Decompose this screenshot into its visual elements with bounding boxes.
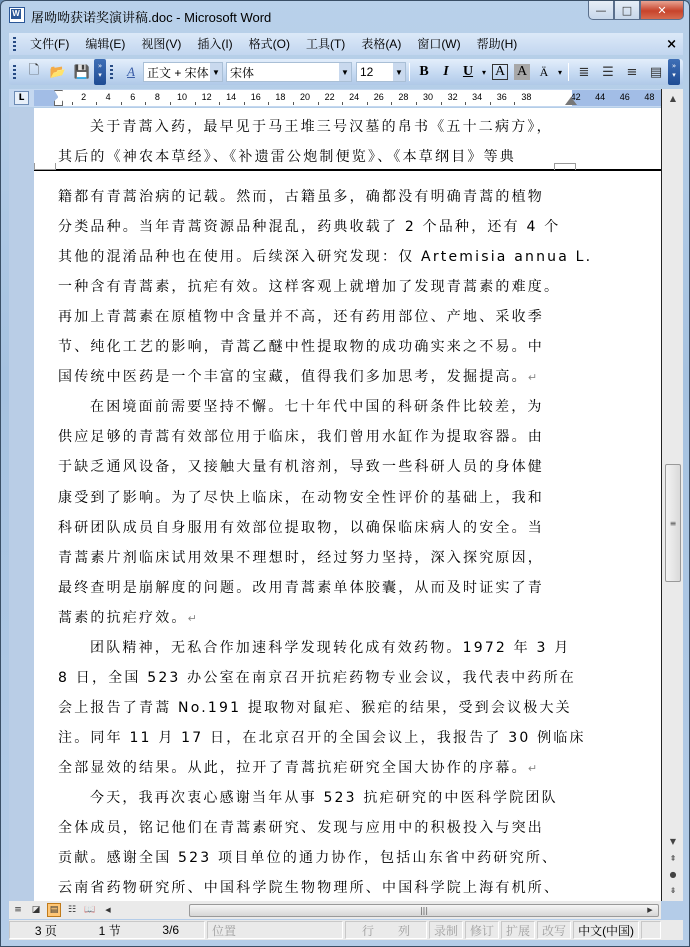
- ruler-number: 8: [155, 92, 160, 102]
- ruler-tick: [367, 102, 368, 105]
- menu-insert[interactable]: 插入(I): [189, 33, 240, 55]
- menu-window[interactable]: 窗口(W): [409, 33, 468, 55]
- ruler-number: 48: [644, 92, 654, 102]
- line-text: 8 日，全国 523 办公室在南京召开抗疟药物专业会议，我代表中药所在: [58, 670, 576, 686]
- chevron-down-icon[interactable]: ▼: [210, 63, 222, 81]
- document-line[interactable]: 8 日，全国 523 办公室在南京召开抗疟药物专业会议，我代表中药所在: [58, 667, 558, 687]
- scroll-up-arrow[interactable]: ▲: [665, 91, 681, 107]
- ruler-tick: [514, 102, 515, 105]
- document-line[interactable]: 团队精神，无私合作加速科学发现转化成有效药物。1972 年 3 月: [90, 637, 590, 657]
- line-text: 节、纯化工艺的影响，青蒿乙醚中性提取物的成功确实来之不易。中: [58, 339, 544, 355]
- right-indent-marker[interactable]: [565, 97, 577, 105]
- toolbar-options-chevron[interactable]: »▾: [94, 59, 106, 85]
- divider: [568, 63, 569, 81]
- document-line[interactable]: 蒿素的抗疟疗效。↵: [58, 607, 558, 627]
- style-dropdown[interactable]: 正文 + 宋体 ▼: [143, 62, 223, 82]
- line-text: 关于青蒿入药，最早见于马王堆三号汉墓的帛书《五十二病方》，: [90, 119, 553, 135]
- ruler-number: 32: [448, 92, 458, 102]
- close-button[interactable]: ✕: [640, 1, 684, 20]
- line-text: 康受到了影响。为了尽快上临床，在动物安全性评价的基础上，我和: [58, 490, 544, 506]
- document-line[interactable]: 一种含有青蒿素，抗疟有效。这样客观上就增加了发现青蒿素的难度。: [58, 276, 558, 296]
- ruler-number: 34: [472, 92, 482, 102]
- line-text: 今天，我再次衷心感谢当年从事 523 抗疟研究的中医科学院团队: [90, 790, 558, 806]
- font-size-dropdown[interactable]: 12 ▼: [356, 62, 406, 82]
- next-page-icon[interactable]: ⇟: [665, 883, 681, 899]
- document-line[interactable]: 其后的《神农本草经》、《补遗雷公炮制便览》、《本草纲目》等典: [58, 146, 558, 166]
- line-text: 贡献。感谢全国 523 项目单位的通力协作，包括山东省中药研究所、: [58, 850, 558, 866]
- ruler-tick: [170, 102, 171, 105]
- status-extend[interactable]: 扩展: [501, 921, 535, 939]
- toolbar-grip[interactable]: [110, 65, 113, 79]
- ruler-number: 10: [177, 92, 187, 102]
- document-line[interactable]: 于缺乏通风设备，又接触大量有机溶剂，导致一些科研人员的身体健: [58, 456, 558, 476]
- ruler-number: 18: [275, 92, 285, 102]
- line-text: 云南省药物研究所、中国科学院生物物理所、中国科学院上海有机所、: [58, 880, 560, 896]
- menu-file[interactable]: 文件(F): [22, 33, 77, 55]
- menu-view[interactable]: 视图(V): [133, 33, 189, 55]
- ruler-number: 28: [398, 92, 408, 102]
- menu-format[interactable]: 格式(O): [241, 33, 298, 55]
- ruler-tick: [145, 102, 146, 105]
- ruler-tick: [219, 102, 220, 105]
- minimize-button[interactable]: —: [588, 1, 614, 20]
- document-line[interactable]: 青蒿素片剂临床试用效果不理想时，经过努力坚持，深入探究原因，: [58, 547, 558, 567]
- ruler-number: 30: [423, 92, 433, 102]
- document-line[interactable]: 注。同年 11 月 17 日，在北京召开的全国会议上，我报告了 30 例临床: [58, 727, 558, 747]
- open-folder-icon[interactable]: 📂: [48, 62, 68, 82]
- font-dropdown[interactable]: 宋体 ▼: [226, 62, 352, 82]
- ruler-tick: [244, 102, 245, 105]
- justify-icon[interactable]: ≣: [574, 62, 594, 82]
- horizontal-scroll-thumb[interactable]: |||: [189, 904, 659, 917]
- reading-layout-view-icon[interactable]: 📖: [83, 903, 97, 917]
- line-text: 其后的《神农本草经》、《补遗雷公炮制便览》、《本草纲目》等典: [58, 149, 516, 165]
- vertical-scrollbar[interactable]: ▲ ≡ ▼ ⇞ ● ⇟: [661, 89, 683, 901]
- toolbar-options-chevron[interactable]: »▾: [668, 59, 680, 85]
- menu-bar: 文件(F) 编辑(E) 视图(V) 插入(I) 格式(O) 工具(T) 表格(A…: [9, 33, 683, 55]
- margin-corner-mark: [34, 163, 56, 170]
- toolbar-grip[interactable]: [13, 65, 16, 79]
- ruler-tick: [342, 102, 343, 105]
- vertical-scroll-thumb[interactable]: ≡: [665, 464, 681, 582]
- document-line[interactable]: 会上报告了青蒿 No.191 提取物对鼠疟、猴疟的结果，受到会议极大关: [58, 697, 558, 717]
- menu-help[interactable]: 帮助(H): [469, 33, 526, 55]
- scaling-options-chevron[interactable]: ▾: [556, 62, 564, 82]
- document-line[interactable]: 国传统中医药是一个丰富的宝藏，值得我们多加思考，发掘提高。↵: [58, 366, 558, 386]
- line-text: 分类品种。当年青蒿资源品种混乱，药典收载了 2 个品种，还有 4 个: [58, 219, 560, 235]
- line-text: 于缺乏通风设备，又接触大量有机溶剂，导致一些科研人员的身体健: [58, 459, 544, 475]
- document-line[interactable]: 关于青蒿入药，最早见于马王堆三号汉墓的帛书《五十二病方》，: [90, 116, 590, 136]
- horizontal-scrollbar[interactable]: |||: [109, 903, 659, 917]
- font-size-value: 12: [360, 65, 373, 79]
- ruler-tick: [96, 102, 97, 105]
- style-value: 正文 + 宋体: [147, 64, 209, 81]
- line-text: 蒿素的抗疟疗效。: [58, 610, 188, 626]
- status-bar: 3 页 1 节 3/6 位置 行 列 录制 修订 扩展 改写 中文(中国): [9, 920, 683, 940]
- tab-selector-icon[interactable]: L: [14, 91, 29, 105]
- ruler-number: 14: [226, 92, 236, 102]
- ruler-number: 4: [106, 92, 111, 102]
- styles-icon[interactable]: A: [121, 62, 141, 82]
- paragraph-mark-icon: ↵: [528, 762, 539, 775]
- line-text: 籍都有青蒿治病的记载。然而，古籍虽多，确都没有明确青蒿的植物: [58, 189, 544, 205]
- menu-tools[interactable]: 工具(T): [298, 33, 353, 55]
- line-text: 全部显效的结果。从此，拉开了青蒿抗疟研究全国大协作的序幕。: [58, 760, 528, 776]
- divider: [409, 63, 410, 81]
- document-line[interactable]: 康受到了影响。为了尽快上临床，在动物安全性评价的基础上，我和: [58, 487, 558, 507]
- maximize-button[interactable]: □: [614, 1, 640, 20]
- ruler-tick: [391, 102, 392, 105]
- document-line[interactable]: 云南省药物研究所、中国科学院生物物理所、中国科学院上海有机所、: [58, 877, 558, 897]
- ruler-tick: [268, 102, 269, 105]
- paragraph-mark-icon: ↵: [188, 612, 199, 625]
- ruler-number: 6: [130, 92, 135, 102]
- ruler-tick: [318, 102, 319, 105]
- line-text: 团队精神，无私合作加速科学发现转化成有效药物。1972 年 3 月: [90, 640, 571, 656]
- scroll-down-arrow[interactable]: ▼: [665, 834, 681, 850]
- chevron-down-icon[interactable]: ▼: [393, 63, 405, 81]
- status-page-of: 3/6: [162, 923, 179, 937]
- status-page: 3 页: [35, 922, 57, 939]
- line-text: 最终查明是崩解度的问题。改用青蒿素单体胶囊，从而及时证实了青: [58, 580, 544, 596]
- document-line[interactable]: 最终查明是崩解度的问题。改用青蒿素单体胶囊，从而及时证实了青: [58, 577, 558, 597]
- line-text: 再加上青蒿素在原植物中含量并不高，还有药用部位、产地、采收季: [58, 309, 544, 325]
- document-line[interactable]: 贡献。感谢全国 523 项目单位的通力协作，包括山东省中药研究所、: [58, 847, 558, 867]
- title-bar[interactable]: W 屠呦呦获诺奖演讲稿.doc - Microsoft Word — □ ✕: [1, 1, 689, 29]
- distributed-align-icon[interactable]: ▤: [646, 62, 666, 82]
- ruler-tick: [416, 102, 417, 105]
- underline-button[interactable]: U: [458, 62, 478, 82]
- web-layout-view-icon[interactable]: ◪: [29, 903, 43, 917]
- document-line[interactable]: 节、纯化工艺的影响，青蒿乙醚中性提取物的成功确实来之不易。中: [58, 336, 558, 356]
- ruler-number: 36: [497, 92, 507, 102]
- document-line[interactable]: 分类品种。当年青蒿资源品种混乱，药典收载了 2 个品种，还有 4 个: [58, 216, 558, 236]
- new-document-icon[interactable]: 🗋: [24, 62, 44, 82]
- ruler-number: 20: [300, 92, 310, 102]
- line-text: 青蒿素片剂临床试用效果不理想时，经过努力坚持，深入探究原因，: [58, 550, 544, 566]
- status-language[interactable]: 中文(中国): [573, 921, 639, 939]
- document-line[interactable]: 科研团队成员自身服用有效部位提取物，以确保临床病人的安全。当: [58, 517, 558, 537]
- align-center-icon[interactable]: ☰: [598, 62, 618, 82]
- status-overtype[interactable]: 改写: [537, 921, 571, 939]
- status-line-column: 行 列: [345, 921, 427, 939]
- ruler-tick: [490, 102, 491, 105]
- word-window: W 屠呦呦获诺奖演讲稿.doc - Microsoft Word — □ ✕ 文…: [0, 0, 690, 947]
- status-section: 1 节: [99, 922, 121, 939]
- ruler-number: 26: [374, 92, 384, 102]
- align-right-icon[interactable]: ≡: [622, 62, 642, 82]
- character-scaling-icon[interactable]: Ä: [534, 62, 554, 82]
- ruler-number: 16: [251, 92, 261, 102]
- left-page-gap: [9, 108, 34, 901]
- ruler-tick: [121, 102, 122, 105]
- document-line[interactable]: 籍都有青蒿治病的记载。然而，古籍虽多，确都没有明确青蒿的植物: [58, 186, 558, 206]
- ruler-tick: [72, 102, 73, 105]
- line-text: 在困境面前需要坚持不懈。七十年代中国的科研条件比较差，为: [90, 399, 544, 415]
- underline-options-chevron[interactable]: ▾: [480, 62, 488, 82]
- normal-view-icon[interactable]: ≡: [11, 903, 25, 917]
- window-title: 屠呦呦获诺奖演讲稿.doc - Microsoft Word: [31, 7, 271, 26]
- line-text: 供应足够的青蒿有效部位用于临床，我们曾用水缸作为提取容器。由: [58, 429, 544, 445]
- line-text: 国传统中医药是一个丰富的宝藏，值得我们多加思考，发掘提高。: [58, 369, 528, 385]
- document-line[interactable]: 全体成员，铭记他们在青蒿素研究、发现与应用中的积极投入与突出: [58, 817, 558, 837]
- status-spelling[interactable]: [641, 921, 661, 939]
- line-text: 其他的混淆品种也在使用。后续深入研究发现：仅 Artemisia annua L…: [58, 249, 592, 265]
- toolbar-grip[interactable]: [13, 37, 16, 51]
- menu-edit[interactable]: 编辑(E): [77, 33, 133, 55]
- ruler-number: 38: [521, 92, 531, 102]
- previous-page-icon[interactable]: ⇞: [665, 851, 681, 867]
- horizontal-scroll-area: ≡ ◪ ▤ ☷ 📖 ◀ ||| ▶: [9, 901, 661, 919]
- scroll-right-arrow[interactable]: ▶: [643, 903, 657, 917]
- ruler-tick: [441, 102, 442, 105]
- word-icon: W: [9, 7, 25, 23]
- line-text: 一种含有青蒿素，抗疟有效。这样客观上就增加了发现青蒿素的难度。: [58, 279, 560, 295]
- ruler-number: 12: [202, 92, 212, 102]
- status-revision[interactable]: 修订: [465, 921, 499, 939]
- document-line[interactable]: 再加上青蒿素在原植物中含量并不高，还有药用部位、产地、采收季: [58, 306, 558, 326]
- chevron-down-icon[interactable]: ▼: [339, 63, 351, 81]
- bold-button[interactable]: B: [414, 62, 434, 82]
- save-icon[interactable]: 💾: [72, 62, 92, 82]
- paragraph-mark-icon: ↵: [528, 371, 539, 384]
- print-layout-view-icon[interactable]: ▤: [47, 903, 61, 917]
- ruler-number: 24: [349, 92, 359, 102]
- status-position: 位置: [207, 921, 343, 939]
- ruler-track: 2468101214161820222426283032343638424446…: [34, 90, 669, 106]
- document-line[interactable]: 今天，我再次衷心感谢当年从事 523 抗疟研究的中医科学院团队: [90, 787, 590, 807]
- close-document-button[interactable]: ×: [666, 37, 677, 52]
- status-record[interactable]: 录制: [429, 921, 463, 939]
- browse-object-icon[interactable]: ●: [665, 867, 681, 883]
- ruler-tick: [465, 102, 466, 105]
- document-area[interactable]: 关于青蒿入药，最早见于马王堆三号汉墓的帛书《五十二病方》，其后的《神农本草经》、…: [9, 108, 661, 901]
- document-line[interactable]: 全部显效的结果。从此，拉开了青蒿抗疟研究全国大协作的序幕。↵: [58, 757, 558, 777]
- document-line[interactable]: 在困境面前需要坚持不懈。七十年代中国的科研条件比较差，为: [90, 396, 590, 416]
- status-line: 行: [362, 922, 374, 939]
- character-border-button[interactable]: A: [492, 64, 508, 80]
- ruler-tick: [293, 102, 294, 105]
- ruler-number: 2: [81, 92, 86, 102]
- line-text: 会上报告了青蒿 No.191 提取物对鼠疟、猴疟的结果，受到会议极大关: [58, 700, 572, 716]
- document-line[interactable]: 供应足够的青蒿有效部位用于临床，我们曾用水缸作为提取容器。由: [58, 426, 558, 446]
- menu-table[interactable]: 表格(A): [353, 33, 409, 55]
- status-page-section: 3 页 1 节 3/6: [9, 921, 205, 939]
- italic-button[interactable]: I: [436, 62, 456, 82]
- document-line[interactable]: 其他的混淆品种也在使用。后续深入研究发现：仅 Artemisia annua L…: [58, 246, 558, 266]
- ruler-number: 46: [620, 92, 630, 102]
- line-text: 注。同年 11 月 17 日，在北京召开的全国会议上，我报告了 30 例临床: [58, 730, 586, 746]
- line-text: 全体成员，铭记他们在青蒿素研究、发现与应用中的积极投入与突出: [58, 820, 544, 836]
- horizontal-ruler[interactable]: L 24681012141618202224262830323436384244…: [9, 89, 683, 107]
- ruler-number: 22: [325, 92, 335, 102]
- font-value: 宋体: [230, 64, 254, 81]
- formatting-toolbar: 🗋 📂 💾 »▾ A 正文 + 宋体 ▼ 宋体 ▼ 12 ▼ B I U ▾ A…: [9, 59, 683, 85]
- line-text: 科研团队成员自身服用有效部位提取物，以确保临床病人的安全。当: [58, 520, 544, 536]
- outline-view-icon[interactable]: ☷: [65, 903, 79, 917]
- status-column: 列: [398, 922, 410, 939]
- ruler-tick: [195, 102, 196, 105]
- ruler-number: 44: [595, 92, 605, 102]
- character-shading-button[interactable]: A: [514, 64, 530, 80]
